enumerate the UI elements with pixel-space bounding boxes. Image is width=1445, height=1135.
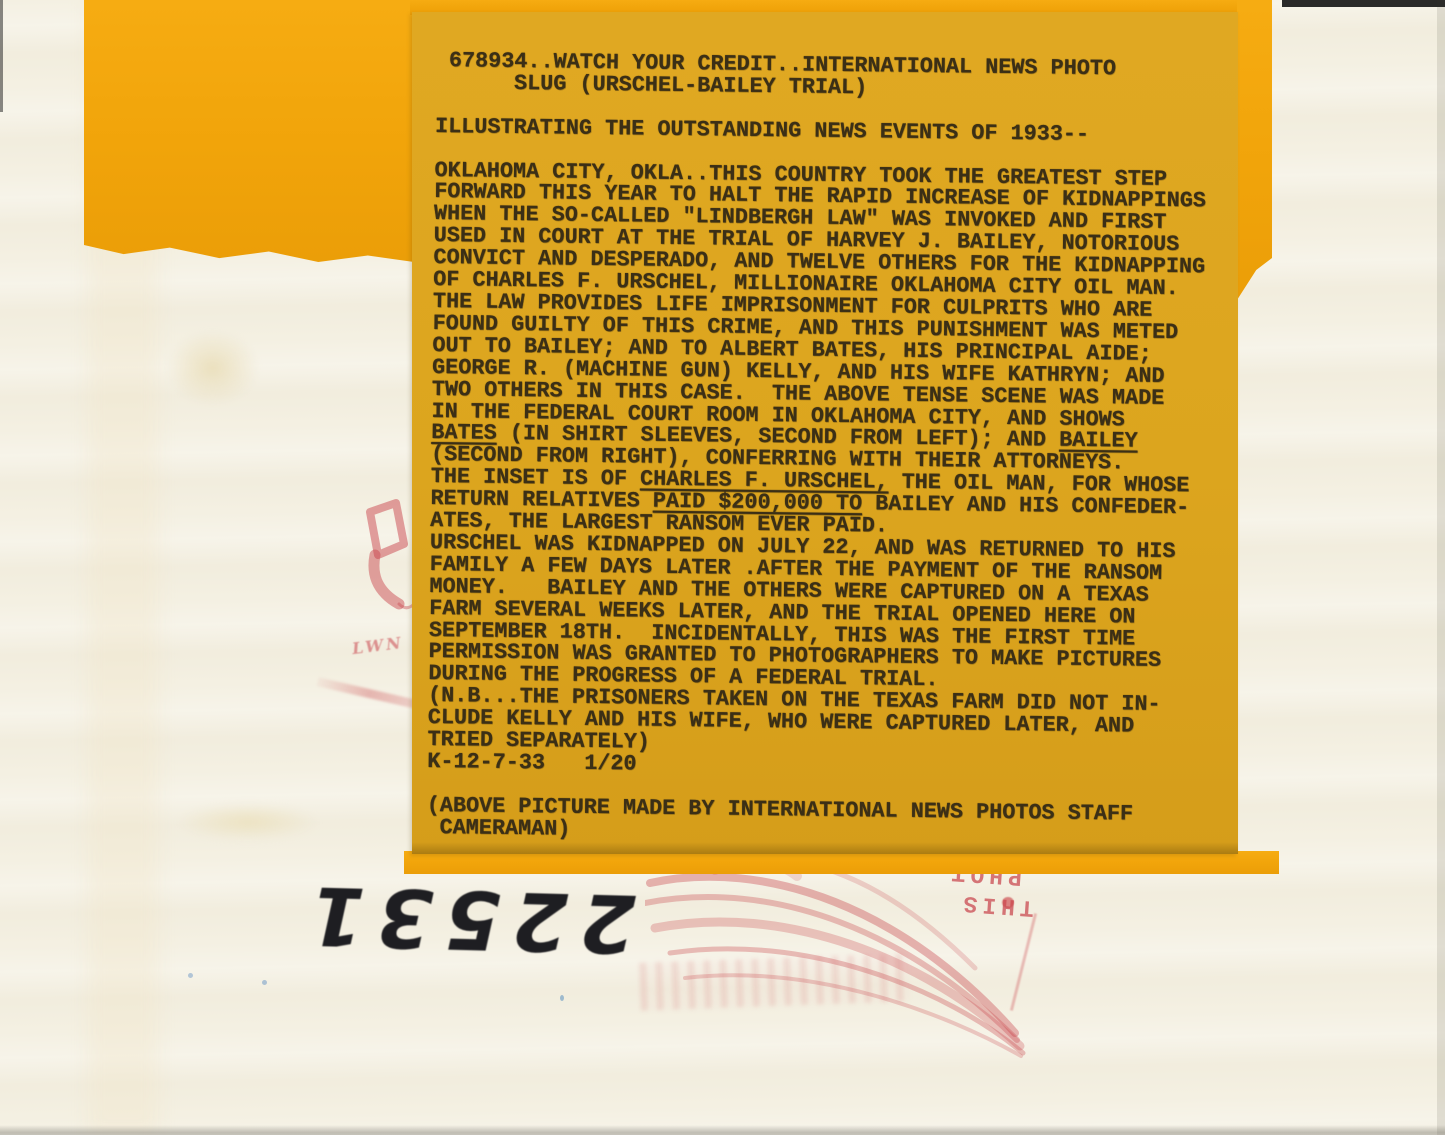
scan-edge-shadow	[1437, 0, 1445, 1135]
scan-edge-artifact	[0, 0, 3, 112]
red-stamp-dot	[1002, 897, 1014, 908]
paper-stain	[158, 798, 338, 846]
handwritten-number: 22531	[335, 862, 638, 970]
ink-speck	[560, 995, 564, 1001]
ink-speck	[262, 980, 267, 985]
backing-paper-top-left	[84, 0, 414, 262]
scan-edge-shadow	[0, 1125, 1445, 1135]
photo-back: THIS PHOT LWN 678934..WATCH YOUR CREDIT.…	[0, 0, 1445, 1135]
backing-paper-right-edge	[1237, 0, 1272, 300]
scan-edge-artifact	[1282, 0, 1445, 7]
caption-sheet: 678934..WATCH YOUR CREDIT..INTERNATIONAL…	[412, 12, 1238, 854]
ink-speck	[188, 973, 193, 978]
red-stamp-faint-columns	[639, 953, 911, 1010]
caption-text: 678934..WATCH YOUR CREDIT..INTERNATIONAL…	[426, 50, 1228, 848]
red-script-mark: LWN	[351, 633, 405, 658]
paper-stain	[150, 318, 275, 418]
